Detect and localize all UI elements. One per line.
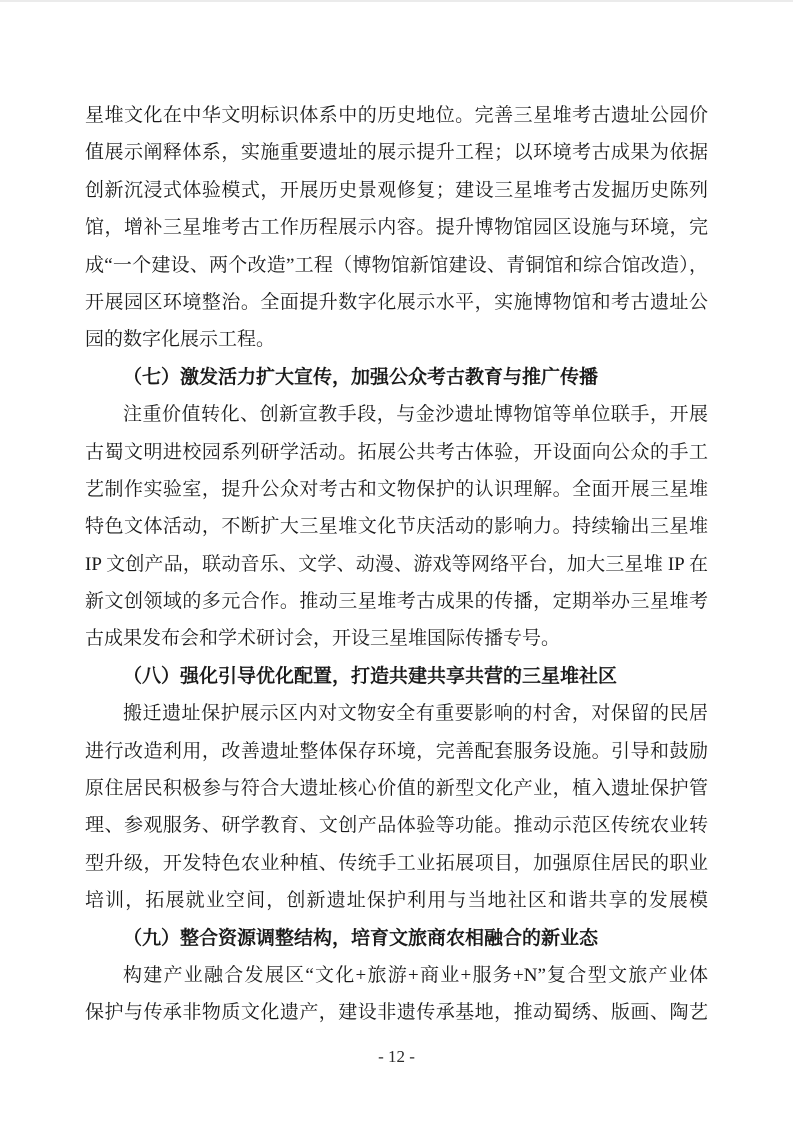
text-line: 构建产业融合发展区“文化+旅游+商业+服务+N”复合型文旅产业体系。 xyxy=(85,957,708,994)
text-line: 成“一个建设、两个改造”工程（博物馆新馆建设、青铜馆和综合馆改造）， xyxy=(85,247,708,284)
section-heading: （七）激发活力扩大宣传，加强公众考古教育与推广传播 xyxy=(85,359,708,396)
text-line: 馆，增补三星堆考古工作历程展示内容。提升博物馆园区设施与环境，完 xyxy=(85,209,708,246)
text-line: 注重价值转化、创新宣教手段，与金沙遗址博物馆等单位联手，开展 xyxy=(85,396,708,433)
text-block: 星堆文化在中华文明标识体系中的历史地位。完善三星堆考古遗址公园价值展示阐释体系，… xyxy=(85,97,708,1032)
document-page: { "page": { "background": "#ffffff", "te… xyxy=(0,0,793,1122)
page-number: - 12 - xyxy=(0,1045,793,1069)
text-line: 园的数字化展示工程。 xyxy=(85,321,708,358)
text-line: 搬迁遗址保护展示区内对文物安全有重要影响的村舍，对保留的民居 xyxy=(85,695,708,732)
text-line: 进行改造利用，改善遗址整体保存环境，完善配套服务设施。引导和鼓励 xyxy=(85,733,708,770)
section-heading: （八）强化引导优化配置，打造共建共享共营的三星堆社区 xyxy=(85,658,708,695)
section-heading: （九）整合资源调整结构，培育文旅商农相融合的新业态 xyxy=(85,920,708,957)
text-line: 值展示阐释体系，实施重要遗址的展示提升工程；以环境考古成果为依据 xyxy=(85,134,708,171)
text-line: 培训，拓展就业空间，创新遗址保护利用与当地社区和谐共享的发展模式。 xyxy=(85,882,708,919)
text-line: 创新沉浸式体验模式，开展历史景观修复；建设三星堆考古发掘历史陈列 xyxy=(85,172,708,209)
text-line: 特色文体活动，不断扩大三星堆文化节庆活动的影响力。持续输出三星堆 xyxy=(85,508,708,545)
text-line: 星堆文化在中华文明标识体系中的历史地位。完善三星堆考古遗址公园价 xyxy=(85,97,708,134)
text-line: IP 文创产品，联动音乐、文学、动漫、游戏等网络平台，加大三星堆 IP 在 xyxy=(85,546,708,583)
text-line: 古蜀文明进校园系列研学活动。拓展公共考古体验，开设面向公众的手工 xyxy=(85,434,708,471)
text-line: 新文创领域的多元合作。推动三星堆考古成果的传播，定期举办三星堆考 xyxy=(85,583,708,620)
text-line: 原住居民积极参与符合大遗址核心价值的新型文化产业，植入遗址保护管 xyxy=(85,770,708,807)
text-line: 艺制作实验室，提升公众对考古和文物保护的认识理解。全面开展三星堆 xyxy=(85,471,708,508)
text-line: 型升级，开发特色农业种植、传统手工业拓展项目，加强原住居民的职业 xyxy=(85,845,708,882)
text-line: 保护与传承非物质文化遗产，建设非遗传承基地，推动蜀绣、版画、陶艺 xyxy=(85,994,708,1031)
text-line: 理、参观服务、研学教育、文创产品体验等功能。推动示范区传统农业转 xyxy=(85,807,708,844)
text-line: 古成果发布会和学术研讨会，开设三星堆国际传播专号。 xyxy=(85,620,708,657)
text-line: 开展园区环境整治。全面提升数字化展示水平，实施博物馆和考古遗址公 xyxy=(85,284,708,321)
